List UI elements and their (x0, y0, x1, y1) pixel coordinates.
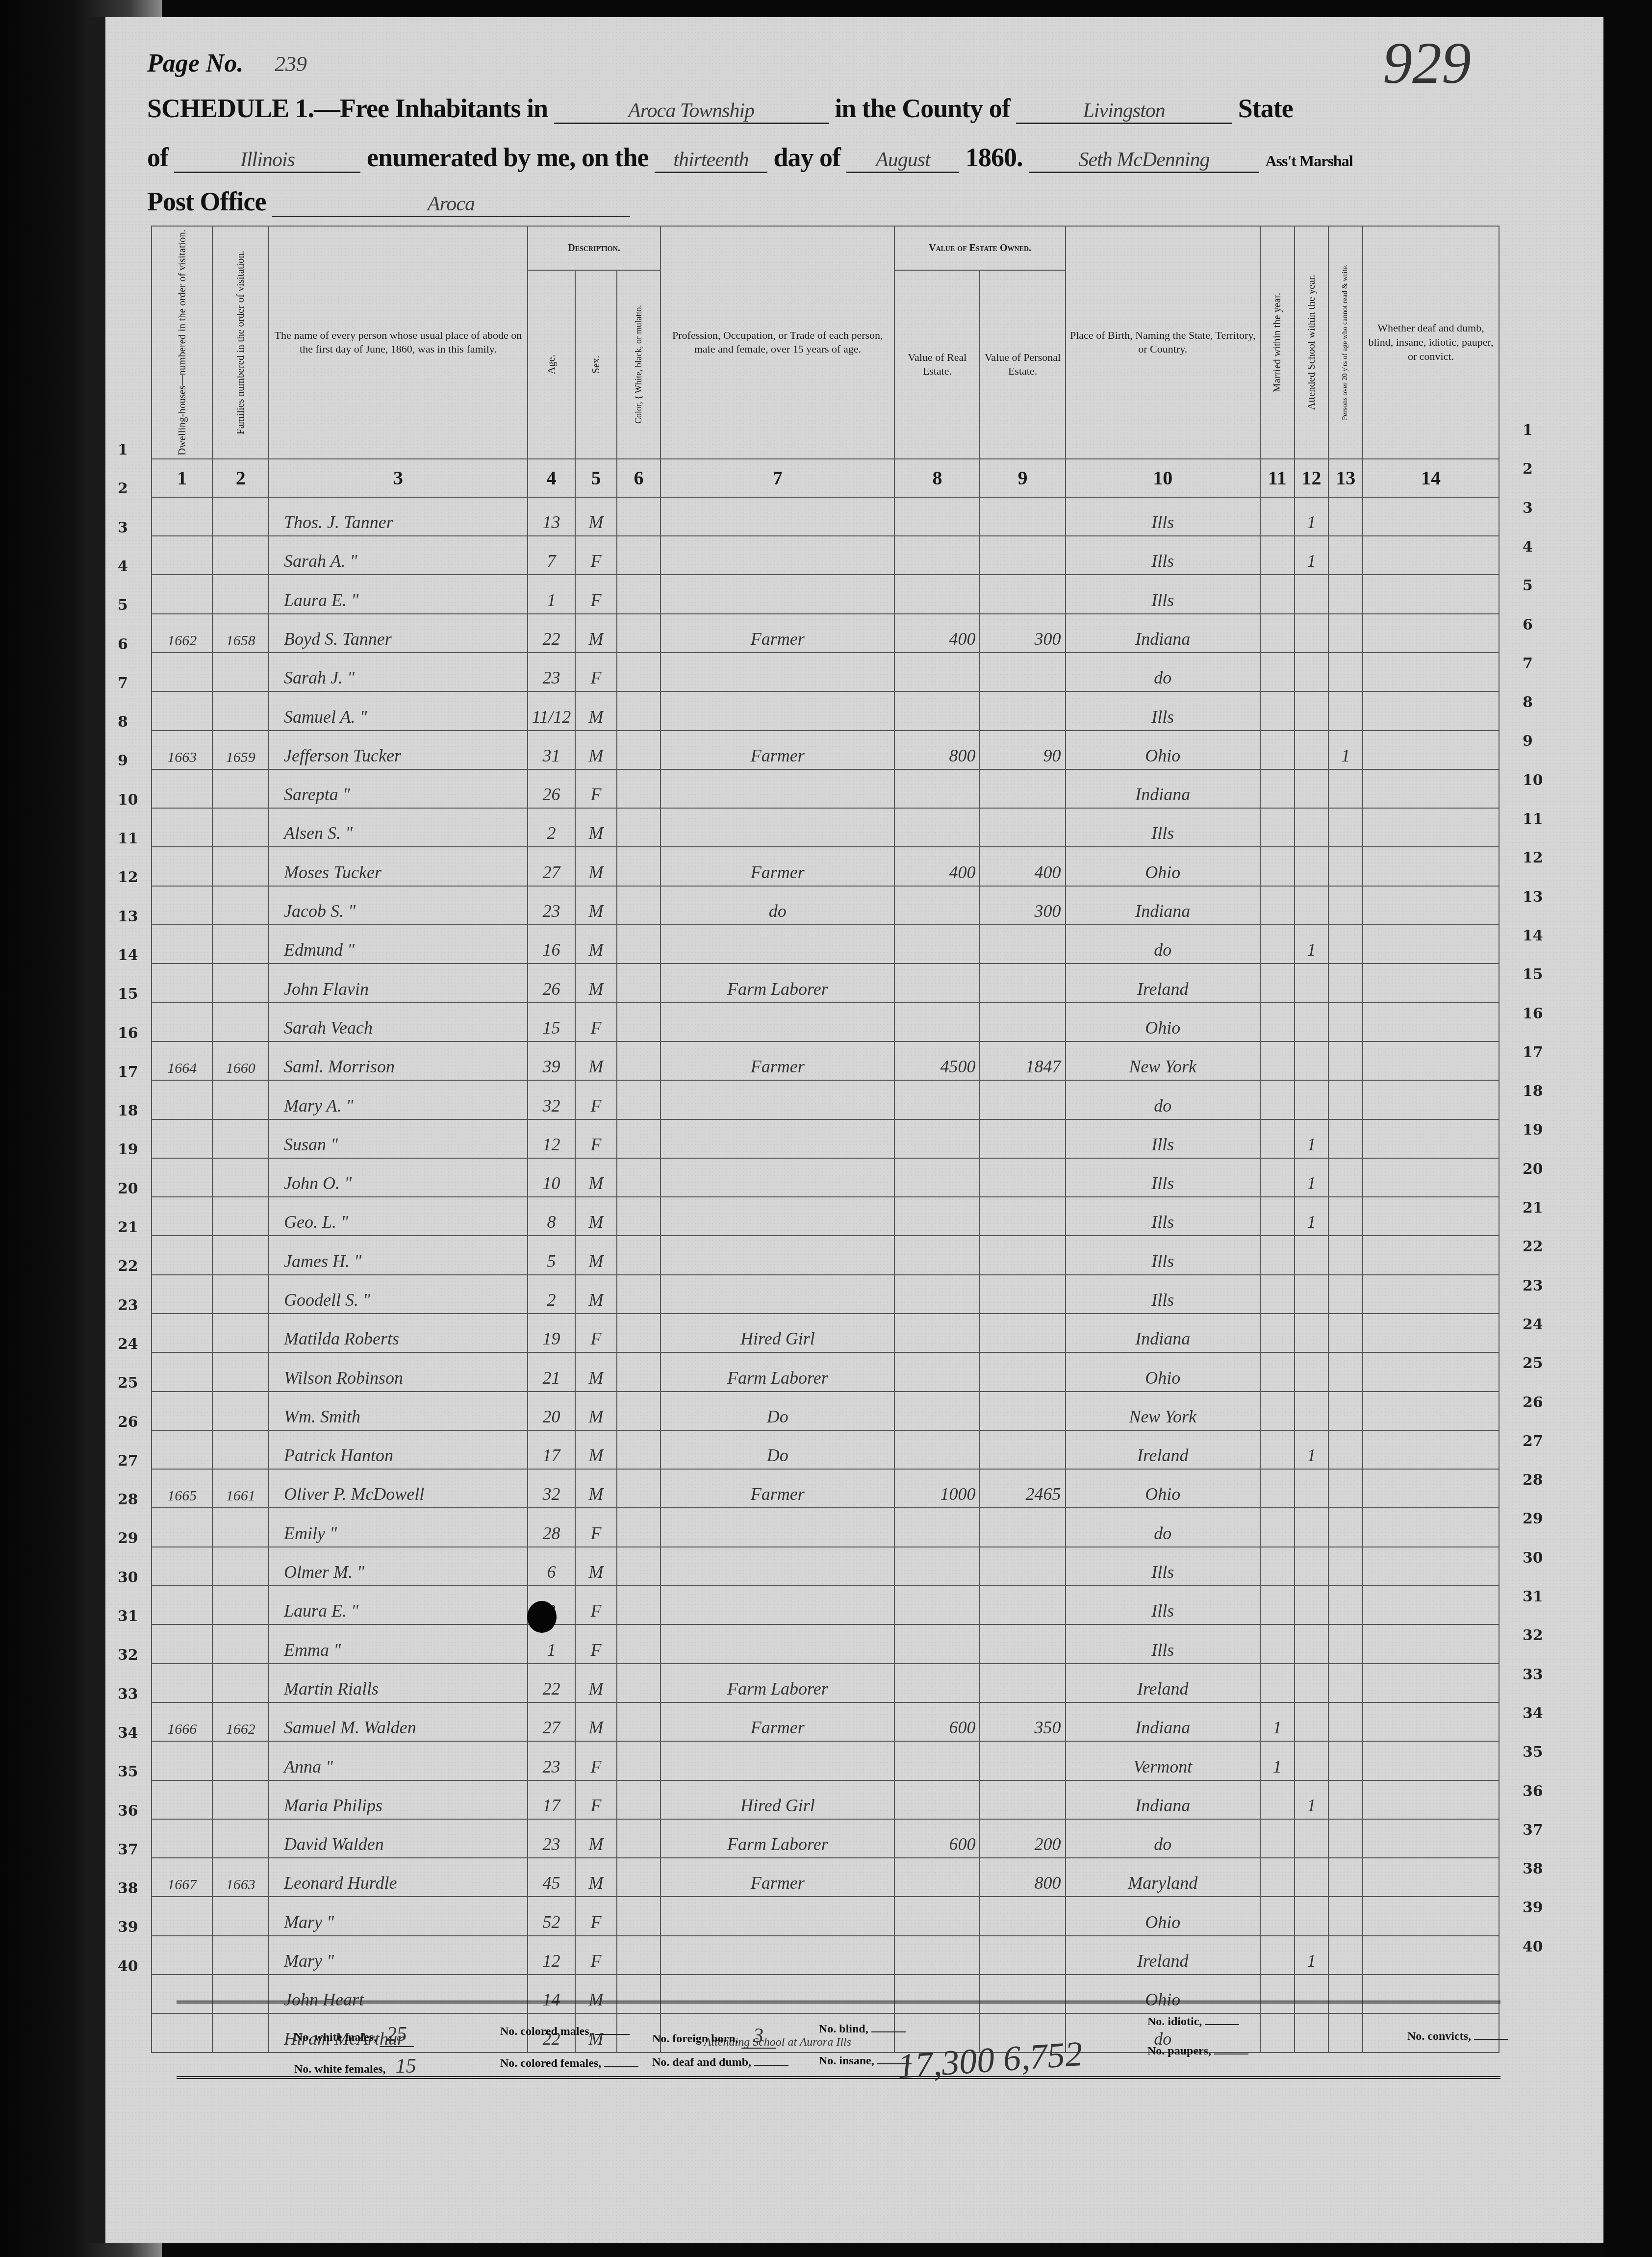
personal-estate-value (980, 1119, 1065, 1158)
married-within-year (1260, 1352, 1295, 1391)
color (617, 1547, 661, 1586)
line-number-left: 20 (118, 1180, 138, 1197)
convicts-value (1474, 2039, 1508, 2040)
family-number (212, 808, 269, 847)
sex: M (575, 1158, 617, 1197)
occupation (661, 1003, 894, 1041)
person-name: Maria Philips (269, 1780, 528, 1819)
post-office-label: Post Office (147, 187, 266, 216)
line-number-right: 28 (1523, 1471, 1543, 1489)
married-within-year (1260, 614, 1295, 653)
col-header-3: The name of every person whose usual pla… (269, 226, 528, 459)
real-estate-value (894, 1936, 980, 1975)
sex: M (575, 1392, 617, 1430)
dwelling-number (152, 1392, 212, 1430)
condition (1363, 1119, 1499, 1158)
place-of-birth: Ills (1066, 536, 1260, 575)
white-males: No. white males, 25 (294, 2023, 414, 2047)
age: 1 (528, 575, 575, 613)
real-estate-value (894, 575, 980, 613)
attended-school (1295, 886, 1329, 925)
day-of-label: day of (773, 143, 840, 172)
married-within-year (1260, 575, 1295, 613)
dwelling-number (152, 1547, 212, 1586)
person-name: Sarah A. " (269, 536, 528, 575)
family-number (212, 1897, 269, 1935)
line-number-right: 35 (1523, 1744, 1543, 1761)
family-number (212, 1936, 269, 1975)
col-num-12: 12 (1295, 459, 1329, 497)
married-within-year: 1 (1260, 1741, 1295, 1780)
personal-estate-value: 90 (980, 731, 1065, 769)
real-estate-value: 400 (894, 847, 980, 886)
dwelling-number (152, 1314, 212, 1352)
attended-school: 1 (1295, 1936, 1329, 1975)
line-number-left: 17 (118, 1064, 138, 1081)
family-number (212, 847, 269, 886)
col-header-10: Place of Birth, Naming the State, Territ… (1066, 226, 1260, 459)
personal-estate-value (980, 1275, 1065, 1314)
col-header-5: Sex. (575, 270, 617, 459)
line-number-left: 33 (118, 1686, 138, 1703)
real-estate-value (894, 497, 980, 536)
attended-school (1295, 1858, 1329, 1897)
occupation (661, 1547, 894, 1586)
color (617, 1858, 661, 1897)
col-num-11: 11 (1260, 459, 1295, 497)
marshal-signature: Seth McDenning (1029, 148, 1259, 173)
person-name: Jefferson Tucker (269, 731, 528, 769)
blind-value (871, 2031, 906, 2032)
personal-estate-value: 800 (980, 1858, 1065, 1897)
occupation: Farmer (661, 731, 894, 769)
real-estate-value (894, 1275, 980, 1314)
cannot-read-write (1328, 536, 1363, 575)
real-estate-value (894, 1080, 980, 1119)
table-row: John Flavin26MFarm LaborerIreland (152, 964, 1499, 1002)
table-row: Emma "1FIlls (152, 1624, 1499, 1663)
table-row: 16621658Boyd S. Tanner22MFarmer400300Ind… (152, 614, 1499, 653)
table-row: Mary A. "32Fdo (152, 1080, 1499, 1119)
sex: F (575, 1586, 617, 1624)
cannot-read-write: 1 (1328, 731, 1363, 769)
family-number (212, 691, 269, 730)
line-number-left: 6 (118, 636, 128, 653)
person-name: Mary " (269, 1936, 528, 1975)
married-within-year (1260, 731, 1295, 769)
line-number-left: 8 (118, 713, 128, 731)
line-number-right: 26 (1523, 1394, 1543, 1411)
person-name: Goodell S. " (269, 1275, 528, 1314)
married-within-year (1260, 925, 1295, 964)
dwelling-number: 1662 (152, 614, 212, 653)
family-number (212, 1392, 269, 1430)
age: 7 (528, 536, 575, 575)
occupation (661, 1897, 894, 1935)
day-field: thirteenth (655, 148, 767, 173)
attended-school (1295, 1080, 1329, 1119)
dwelling-number (152, 1741, 212, 1780)
person-name: Anna " (269, 1741, 528, 1780)
table-row: Goodell S. "2MIlls (152, 1275, 1499, 1314)
cannot-read-write (1328, 497, 1363, 536)
person-name: John O. " (269, 1158, 528, 1197)
condition (1363, 1547, 1499, 1586)
family-number (212, 1119, 269, 1158)
cannot-read-write (1328, 886, 1363, 925)
personal-estate-value (980, 1430, 1065, 1469)
age: 22 (528, 614, 575, 653)
place-of-birth: Ills (1066, 497, 1260, 536)
colored-males-value (595, 2034, 630, 2035)
married-within-year (1260, 1392, 1295, 1430)
attended-school (1295, 1275, 1329, 1314)
attended-school (1295, 614, 1329, 653)
white-males-value: 25 (380, 2023, 414, 2047)
line-number-right: 3 (1523, 500, 1533, 517)
county-field: Livingston (1016, 99, 1232, 124)
line-number-left: 36 (118, 1802, 138, 1820)
schedule-line: SCHEDULE 1.—Free Inhabitants in Aroca To… (147, 93, 1293, 124)
age: 5 (528, 1236, 575, 1274)
cannot-read-write (1328, 1664, 1363, 1702)
attended-school (1295, 1664, 1329, 1702)
condition (1363, 1275, 1499, 1314)
sex: M (575, 1275, 617, 1314)
person-name: Emma " (269, 1624, 528, 1663)
color (617, 614, 661, 653)
scan-border-right (1603, 0, 1652, 2257)
age: 21 (528, 1352, 575, 1391)
age: 31 (528, 731, 575, 769)
real-estate-value (894, 1119, 980, 1158)
table-row: Sarepta "26FIndiana (152, 769, 1499, 808)
personal-estate-value (980, 536, 1065, 575)
line-number-right: 5 (1523, 577, 1533, 594)
family-number (212, 1547, 269, 1586)
cannot-read-write (1328, 964, 1363, 1002)
age: 28 (528, 1508, 575, 1547)
personal-estate-value (980, 1664, 1065, 1702)
sex: F (575, 769, 617, 808)
occupation: Hired Girl (661, 1780, 894, 1819)
line-number-right: 40 (1523, 1938, 1543, 1955)
line-number-left: 11 (118, 830, 138, 847)
real-estate-value: 600 (894, 1702, 980, 1741)
line-number-left: 40 (118, 1958, 138, 1975)
col-num-4: 4 (528, 459, 575, 497)
person-name: Thos. J. Tanner (269, 497, 528, 536)
table-row: Wm. Smith20MDoNew York (152, 1392, 1499, 1430)
line-number-left: 12 (118, 869, 138, 886)
person-name: Alsen S. " (269, 808, 528, 847)
place-of-birth: Indiana (1066, 769, 1260, 808)
state-field: Illinois (174, 148, 360, 173)
sex: F (575, 1003, 617, 1041)
occupation: do (661, 886, 894, 925)
real-estate-value (894, 1741, 980, 1780)
condition (1363, 731, 1499, 769)
dwelling-number (152, 1275, 212, 1314)
occupation (661, 1119, 894, 1158)
family-number (212, 653, 269, 691)
attended-school (1295, 1041, 1329, 1080)
personal-estate-value (980, 1780, 1065, 1819)
real-estate-value (894, 1624, 980, 1663)
married-within-year (1260, 847, 1295, 886)
cannot-read-write (1328, 575, 1363, 613)
line-number-right: 32 (1523, 1627, 1543, 1644)
occupation: Hired Girl (661, 1314, 894, 1352)
married-within-year (1260, 691, 1295, 730)
family-number (212, 964, 269, 1002)
personal-estate-value (980, 1547, 1065, 1586)
condition (1363, 1897, 1499, 1935)
color (617, 1430, 661, 1469)
cannot-read-write (1328, 1275, 1363, 1314)
place-of-birth: do (1066, 1819, 1260, 1858)
sex: M (575, 1858, 617, 1897)
condition (1363, 808, 1499, 847)
line-number-left: 37 (118, 1841, 138, 1858)
table-row: Samuel A. "11/12MIlls (152, 691, 1499, 730)
convicts: No. convicts, (1407, 2030, 1508, 2043)
family-number (212, 1430, 269, 1469)
attended-school (1295, 1897, 1329, 1935)
real-estate-value (894, 691, 980, 730)
color (617, 1041, 661, 1080)
description-group-header: Description. (528, 226, 661, 270)
color (617, 1624, 661, 1663)
color (617, 1469, 661, 1508)
married-within-year (1260, 1508, 1295, 1547)
place-of-birth: do (1066, 1508, 1260, 1547)
personal-estate-value (980, 1586, 1065, 1624)
place-of-birth: Ills (1066, 1119, 1260, 1158)
table-row: Mary "12FIreland1 (152, 1936, 1499, 1975)
place-of-birth: Indiana (1066, 886, 1260, 925)
line-number-right: 13 (1523, 888, 1543, 906)
family-number (212, 1275, 269, 1314)
person-name: Oliver P. McDowell (269, 1469, 528, 1508)
age: 13 (528, 497, 575, 536)
person-name: Laura E. " (269, 575, 528, 613)
personal-estate-value (980, 653, 1065, 691)
color (617, 536, 661, 575)
line-number-left: 35 (118, 1763, 138, 1780)
attended-school: 1 (1295, 536, 1329, 575)
condition (1363, 964, 1499, 1002)
color (617, 1702, 661, 1741)
family-number (212, 925, 269, 964)
occupation (661, 497, 894, 536)
col-num-9: 9 (980, 459, 1065, 497)
scan-border-top (0, 0, 1652, 17)
line-number-right: 38 (1523, 1860, 1543, 1877)
sex: F (575, 1508, 617, 1547)
family-number (212, 1314, 269, 1352)
real-estate-value (894, 1780, 980, 1819)
real-estate-value (894, 1547, 980, 1586)
personal-estate-value: 400 (980, 847, 1065, 886)
age: 23 (528, 1741, 575, 1780)
cannot-read-write (1328, 1314, 1363, 1352)
family-number (212, 1508, 269, 1547)
occupation (661, 575, 894, 613)
table-row: Martin Rialls22MFarm LaborerIreland (152, 1664, 1499, 1702)
dwelling-number (152, 1508, 212, 1547)
cannot-read-write (1328, 1430, 1363, 1469)
dwelling-number (152, 964, 212, 1002)
place-of-birth: do (1066, 653, 1260, 691)
line-number-right: 31 (1523, 1588, 1543, 1605)
line-number-right: 39 (1523, 1899, 1543, 1916)
condition (1363, 1236, 1499, 1274)
col-header-2: Families numbered in the order of visita… (212, 226, 269, 459)
place-of-birth: Ills (1066, 1158, 1260, 1197)
person-name: Susan " (269, 1119, 528, 1158)
line-number-left: 27 (118, 1452, 138, 1470)
occupation: Farm Laborer (661, 1664, 894, 1702)
ink-blot (527, 1601, 557, 1633)
line-number-left: 21 (118, 1219, 138, 1236)
page-binding (86, 17, 105, 2243)
cannot-read-write (1328, 1392, 1363, 1430)
real-estate-value (894, 653, 980, 691)
real-estate-value (894, 1003, 980, 1041)
place-of-birth: do (1066, 925, 1260, 964)
condition (1363, 1158, 1499, 1197)
sex: F (575, 1314, 617, 1352)
real-estate-value (894, 1236, 980, 1274)
age: 26 (528, 769, 575, 808)
occupation: Farmer (661, 1041, 894, 1080)
married-within-year (1260, 1003, 1295, 1041)
table-row: 16631659Jefferson Tucker31MFarmer80090Oh… (152, 731, 1499, 769)
occupation (661, 691, 894, 730)
personal-estate-value (980, 1197, 1065, 1236)
sex: M (575, 1819, 617, 1858)
condition (1363, 536, 1499, 575)
line-number-left: 24 (118, 1336, 138, 1353)
cannot-read-write (1328, 1858, 1363, 1897)
of-label: of (147, 143, 168, 172)
attended-school: 1 (1295, 1158, 1329, 1197)
family-number (212, 1741, 269, 1780)
table-row: Sarah J. "23Fdo (152, 653, 1499, 691)
header-group-row: Dwelling-houses—numbered in the order of… (152, 226, 1499, 270)
col-num-5: 5 (575, 459, 617, 497)
person-name: Boyd S. Tanner (269, 614, 528, 653)
attended-school (1295, 1469, 1329, 1508)
dwelling-number: 1664 (152, 1041, 212, 1080)
attended-school: 1 (1295, 1430, 1329, 1469)
post-office-field: Aroca (272, 192, 630, 217)
line-number-left: 29 (118, 1530, 138, 1547)
person-name: Wilson Robinson (269, 1352, 528, 1391)
place-of-birth: Ohio (1066, 1469, 1260, 1508)
color (617, 1508, 661, 1547)
occupation (661, 1624, 894, 1663)
occupation (661, 1508, 894, 1547)
age: 52 (528, 1897, 575, 1935)
color (617, 1197, 661, 1236)
place-of-birth: Ills (1066, 691, 1260, 730)
real-estate-value (894, 1392, 980, 1430)
col-header-6: Color, { White, black, or mulatto. (617, 270, 661, 459)
age: 32 (528, 1469, 575, 1508)
place-of-birth: Ohio (1066, 1003, 1260, 1041)
dwelling-number (152, 1624, 212, 1663)
line-number-right: 4 (1523, 538, 1533, 556)
color (617, 1119, 661, 1158)
color (617, 1586, 661, 1624)
table-row: 16651661Oliver P. McDowell32MFarmer10002… (152, 1469, 1499, 1508)
real-estate-value (894, 886, 980, 925)
line-number-left: 34 (118, 1724, 138, 1742)
cannot-read-write (1328, 1508, 1363, 1547)
dwelling-number: 1666 (152, 1702, 212, 1741)
place-of-birth: do (1066, 1080, 1260, 1119)
sex: F (575, 575, 617, 613)
table-row: Anna "23FVermont1 (152, 1741, 1499, 1780)
cannot-read-write (1328, 1547, 1363, 1586)
attended-school (1295, 1508, 1329, 1547)
person-name: Saml. Morrison (269, 1041, 528, 1080)
personal-estate-value: 2465 (980, 1469, 1065, 1508)
color (617, 1664, 661, 1702)
stamped-number: 929 (1383, 29, 1471, 97)
col-num-14: 14 (1363, 459, 1499, 497)
sex: M (575, 1236, 617, 1274)
married-within-year (1260, 1936, 1295, 1975)
cannot-read-write (1328, 1197, 1363, 1236)
col-num-8: 8 (894, 459, 980, 497)
attended-school (1295, 847, 1329, 886)
married-within-year (1260, 1897, 1295, 1935)
color (617, 1936, 661, 1975)
person-name: David Walden (269, 1819, 528, 1858)
condition (1363, 1352, 1499, 1391)
person-name: Samuel A. " (269, 691, 528, 730)
real-estate-value (894, 769, 980, 808)
idiotic: No. idiotic, (1147, 2015, 1239, 2029)
condition (1363, 1392, 1499, 1430)
paupers-value (1214, 2054, 1248, 2054)
attended-school: 1 (1295, 1197, 1329, 1236)
personal-estate-value (980, 769, 1065, 808)
personal-estate-value (980, 925, 1065, 964)
personal-estate-value (980, 497, 1065, 536)
line-number-right: 22 (1523, 1238, 1543, 1255)
married-within-year (1260, 808, 1295, 847)
place-of-birth: Indiana (1066, 1702, 1260, 1741)
personal-estate-value (980, 964, 1065, 1002)
family-number (212, 1236, 269, 1274)
married-within-year (1260, 964, 1295, 1002)
color (617, 1080, 661, 1119)
dwelling-number (152, 1780, 212, 1819)
cannot-read-write (1328, 1624, 1363, 1663)
condition (1363, 847, 1499, 886)
line-number-right: 37 (1523, 1822, 1543, 1839)
place-of-birth: Ills (1066, 808, 1260, 847)
personal-estate-value (980, 1392, 1065, 1430)
married-within-year (1260, 536, 1295, 575)
real-estate-value (894, 925, 980, 964)
cannot-read-write (1328, 1158, 1363, 1197)
col-header-11: Married within the year. (1260, 226, 1295, 459)
